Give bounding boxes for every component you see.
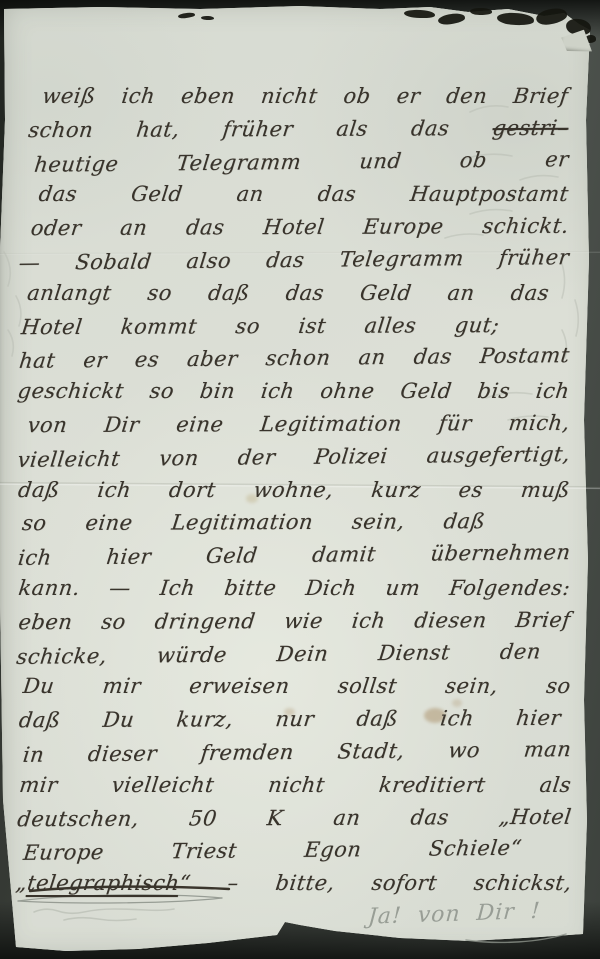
letter-line: mir vielleicht nicht kreditiert als bbox=[17, 769, 573, 802]
letter-line: „telegraphisch“ – bitte, sofort schickst… bbox=[14, 867, 574, 900]
letter-line: das Geld an das Hauptpostamt bbox=[37, 178, 571, 211]
torn-edge-ink-blot bbox=[201, 16, 214, 21]
letter-line: kann. — Ich bitte Dich um Folgendes: bbox=[17, 572, 573, 605]
letter-line: daß ich dort wohne, kurz es muß bbox=[16, 474, 572, 507]
letter-line: oder an das Hotel Europe schickt. bbox=[29, 210, 571, 245]
letter-line: anlangt so daß das Geld an das bbox=[25, 277, 571, 310]
letter-line: hat er es aber schon an das Postamt bbox=[17, 339, 571, 378]
letter-line: geschickt so bin ich ohne Geld bis ich bbox=[16, 375, 572, 408]
strikethrough-text: gestri– bbox=[491, 116, 570, 140]
photograph-backdrop: weiß ich eben nicht ob er den Brief scho… bbox=[0, 0, 600, 959]
letter-line: Europe Triest Egon Schiele“ bbox=[22, 831, 574, 870]
letter-line: schicke, würde Dein Dienst den bbox=[15, 635, 573, 674]
letter-line: in dieser fremden Stadt, wo man bbox=[21, 733, 573, 772]
letter-line: eben so dringend wie ich diesen Brief bbox=[17, 604, 573, 639]
letter-line: deutschen, 50 K an das „Hotel bbox=[15, 800, 573, 835]
letter-body: weiß ich eben nicht ob er den Brief scho… bbox=[12, 79, 572, 901]
letter-line: vielleicht von der Polizei ausgefertigt, bbox=[16, 438, 572, 477]
letter-line: von Dir eine Legitimation für mich, bbox=[26, 407, 572, 442]
letter-line: daß Du kurz, nur daß ich hier bbox=[17, 702, 573, 737]
letter-line: so eine Legitimation sein, daß bbox=[20, 505, 572, 540]
letter-line: — Sobald also das Telegramm früher bbox=[17, 241, 571, 280]
letter-line: Hotel kommt so ist alles gut; bbox=[19, 308, 571, 343]
letter-line: ich hier Geld damit übernehmen bbox=[16, 536, 572, 575]
letter-line: weiß ich eben nicht ob er den Brief bbox=[40, 80, 570, 113]
letter-line: Du mir erweisen sollst sein, so bbox=[21, 670, 573, 703]
torn-edge-ink-blot bbox=[470, 8, 492, 16]
letter-line: heutige Telegramm und ob er bbox=[33, 143, 571, 181]
letter-line: schon hat, früher als das gestri– bbox=[26, 112, 570, 147]
underlined-word: telegraphisch bbox=[26, 871, 181, 895]
